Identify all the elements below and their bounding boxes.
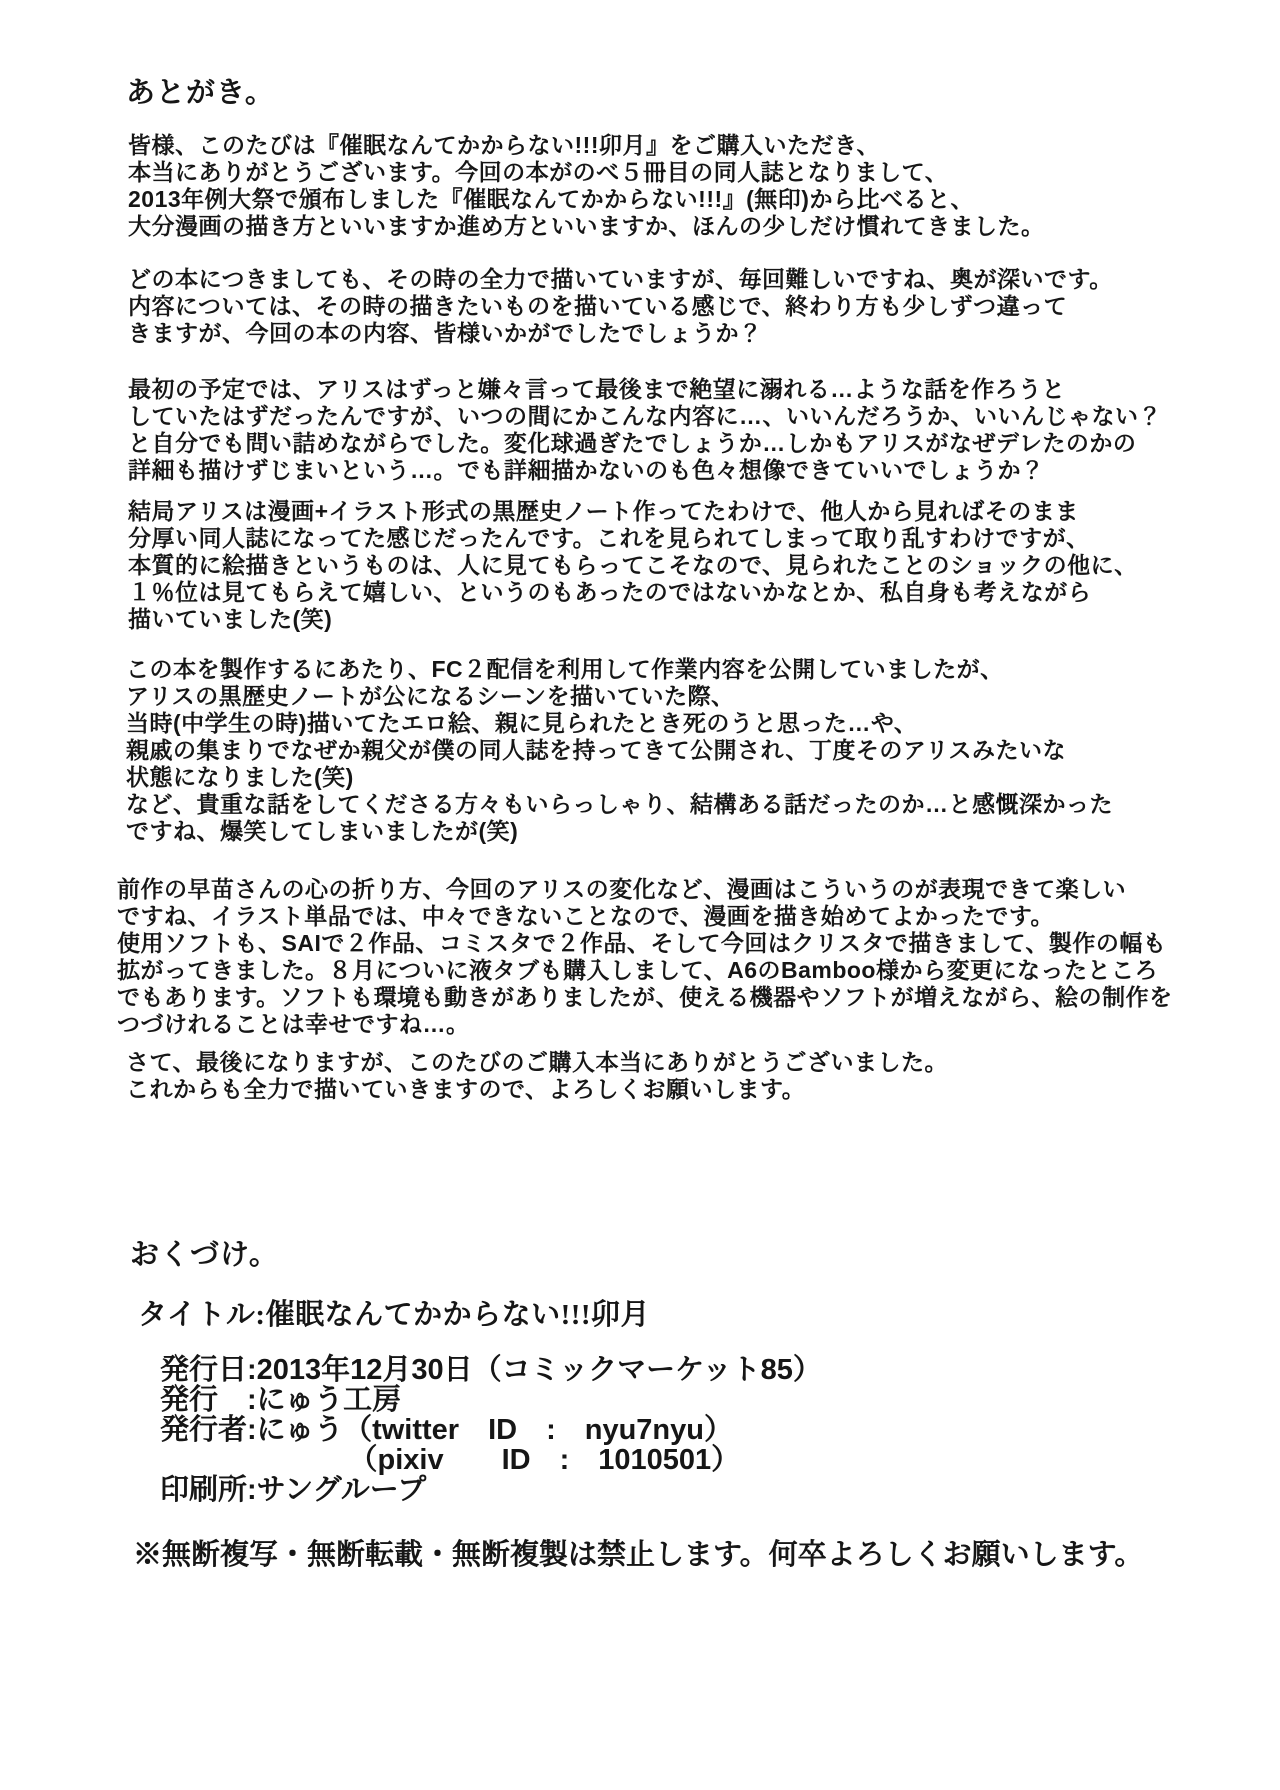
afterword-paragraph: 皆様、このたびは『催眠なんてかからない!!!卯月』をご購入いただき、 本当にあり… [128,132,1045,240]
colophon-line-publish-date: 発行日:2013年12月30日（コミックマーケット85） [160,1355,822,1385]
colophon-line-author-twitter: 発行者:にゅう（twitter ID : nyu7nyu） [160,1415,733,1445]
colophon-line-printer: 印刷所:サングループ [160,1475,426,1505]
afterword-paragraph: さて、最後になりますが、このたびのご購入本当にありがとうございました。 これから… [126,1049,948,1103]
colophon-line-author-pixiv: （pixiv ID : 1010501） [160,1445,740,1475]
afterword-paragraph: 前作の早苗さんの心の折り方、今回のアリスの変化など、漫画はこういうのが表現できて… [117,876,1173,1038]
afterword-paragraph: 最初の予定では、アリスはずっと嫌々言って最後まで絶望に溺れる…ような話を作ろうと… [128,376,1162,484]
afterword-paragraph: どの本につきましても、その時の全力で描いていますが、毎回難しいですね、奥が深いで… [128,266,1113,347]
afterword-paragraph: この本を製作するにあたり、FC２配信を利用して作業内容を公開していましたが、 ア… [126,656,1113,845]
afterword-heading: あとがき。 [126,70,275,111]
colophon-line-publisher-circle: 発行 :にゅう工房 [160,1385,401,1415]
afterword-page: あとがき。 皆様、このたびは『催眠なんてかからない!!!卯月』をご購入いただき、… [0,0,1280,1790]
colophon-title-line: タイトル:催眠なんてかからない!!!卯月 [138,1292,650,1333]
afterword-paragraph: 結局アリスは漫画+イラスト形式の黒歴史ノート作ってたわけで、他人から見ればそのま… [128,498,1138,633]
colophon-heading: おくづけ。 [130,1232,279,1273]
copyright-notice: ※無断複写・無断転載・無断複製は禁止します。何卒よろしくお願いします。 [133,1532,1143,1573]
